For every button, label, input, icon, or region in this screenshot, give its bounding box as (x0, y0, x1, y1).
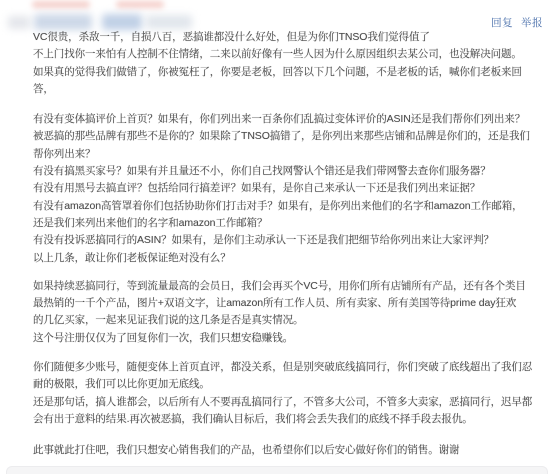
redaction-blur (102, 14, 142, 30)
post-paragraph: 有没有变体搞评价上首页？如果有，你们列出来一百条你们乱搞过变体评价的ASIN还是… (33, 111, 547, 267)
redaction-blur (8, 16, 30, 29)
post-paragraph: 此事就此打住吧，我们只想安心销售我们的产品，也希望你们以后安心做好你们的销售。谢… (33, 442, 547, 459)
redaction-blur (116, 1, 164, 8)
forum-post: 回复 举报 VC很贵，杀敌一千，自损八百，恶搞谁都没什么好处，但是为你们TNSO… (0, 0, 554, 474)
post-paragraph: VC很贵，杀敌一千，自损八百，恶搞谁都没什么好处，但是为你们TNSO我们觉得值了… (33, 29, 547, 98)
redaction-blur (146, 15, 192, 29)
reply-link[interactable]: 回复 (491, 17, 513, 29)
next-section-divider (6, 466, 548, 474)
report-link[interactable]: 举报 (521, 17, 543, 29)
post-body: VC很贵，杀敌一千，自损八百，恶搞谁都没什么好处，但是为你们TNSO我们觉得值了… (33, 29, 547, 460)
redaction-blur (34, 14, 92, 30)
post-actions: 回复 举报 (491, 16, 543, 30)
post-paragraph: 如果持续恶搞同行，等到流量最高的会员日，我们会再买个VC号，用你们所有店铺所有产… (33, 278, 547, 347)
redaction-blur (32, 1, 90, 8)
post-paragraph: 你们随便多少账号，随便变体上首页直评，都没关系，但是别突破底线搞同行，你们突破了… (33, 359, 547, 428)
